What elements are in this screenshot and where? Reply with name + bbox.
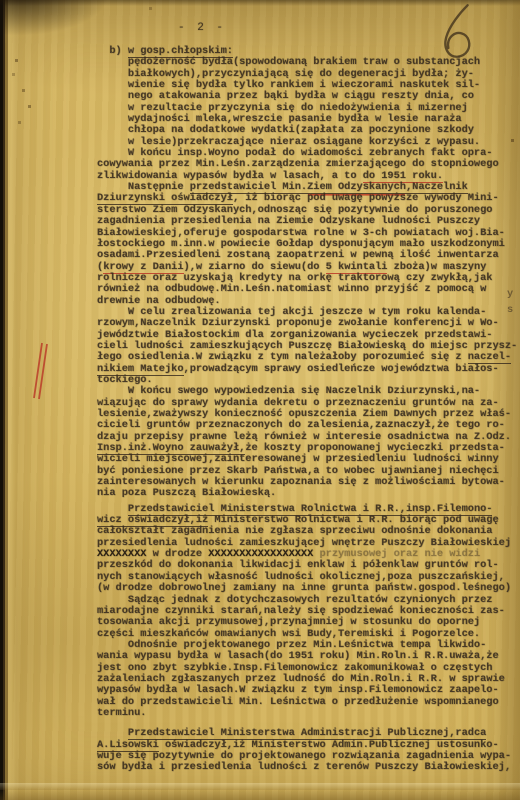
text-segment: zagadnienia przesiedlenia na Ziemie Odzy… (97, 215, 480, 227)
text-segment: nych stanowiących własność ludności okol… (97, 571, 505, 583)
typewritten-text-block: b) w gosp.chłopskim: pędożerność bydła(s… (97, 46, 520, 774)
text-segment: wiązując do sprawy wydania dekretu o prz… (97, 397, 499, 409)
text-segment: łego osiedlenia.W związku z tym należało… (97, 351, 468, 363)
text-segment (97, 727, 128, 739)
text-segment: cicieli gruntów przeznaczonych do zalesi… (97, 419, 505, 431)
text-segment (97, 503, 128, 515)
text-segment: wał do przedstawicieli Min. Leśnictwa o … (97, 696, 499, 708)
text-segment: również na odbudowę.Min.Leśn.natomiast w… (97, 283, 486, 295)
text-segment: sterstwo Ziem Odzyskanych,odnosząc się p… (97, 204, 492, 216)
red-margin-mark (28, 340, 50, 407)
text-segment: wypasów bydła w lasach.W związku z tym i… (97, 684, 499, 696)
text-segment: ,prowadzącym sprawy osiedleńcze wojewódz… (184, 363, 499, 375)
stray-mark: s (507, 302, 520, 318)
paper-crease (0, 783, 520, 790)
text-segment: jewództwie Białostockim dla zorganizowan… (97, 329, 492, 341)
text-segment: w rezultacie przyczynia się do niedożywi… (97, 102, 468, 114)
text-line: wał do przedstawicieli Min. Leśnictwa o … (97, 697, 520, 708)
text-line: nia poza Puszczą Białowieską. (97, 488, 520, 499)
text-segment: nia poza Puszczą Białowieską. (97, 487, 276, 499)
text-segment: cowywania przez Min.Leśn.zarządzenia zmi… (97, 158, 499, 170)
text-segment: przesiedlenia ludności zamieszkującej wn… (97, 537, 511, 549)
text-line: nikiem Matejko,prowadzącym sprawy osiedl… (97, 364, 520, 375)
text-segment: Białowieskiej,oferuje gospodarstwa rolne… (97, 227, 505, 239)
text-segment: osadami.Przesiedleni zostaną zaopatrzeni… (97, 249, 499, 261)
right-edge-stray-marks: y s (507, 286, 520, 318)
text-segment: Sądząc jednak z dotychczasowych rezultat… (97, 594, 492, 606)
text-segment: przymusowej oraz nie widzi (313, 548, 480, 560)
text-segment: dzaju przepisy prawne leżą również w int… (97, 431, 511, 443)
text-segment: terminu. (97, 707, 146, 719)
text-segment: W końcu swego wypowiedzenia się Naczelni… (97, 385, 480, 397)
text-segment: drewnie na odbudowę. (97, 295, 221, 307)
text-segment: w lesie)przekraczające nieraz osiągane k… (97, 136, 480, 148)
text-segment: jest ono zbyt szybkie.Insp.Filemonowicz … (97, 662, 492, 674)
text-segment: części mieszkańców omawianych wsi Budy,T… (97, 628, 480, 640)
text-segment: ),w ziarno do siewu(do (184, 261, 326, 273)
stray-mark: y (507, 286, 520, 302)
text-segment: rzowym,Naczelnik Dziurzynski proponuje z… (97, 317, 499, 329)
text-segment: tosowania akcji przymusowej,przynajmniej… (97, 616, 480, 628)
text-segment: , iż biorąc pod uwagę powyższe wywody Mi… (233, 192, 499, 204)
text-segment: wicieli miejscowej,zainteresowanej w prz… (97, 453, 499, 465)
scanned-document-page: - 2 - 6 b) w gosp.chłopskim: pędożerność… (0, 0, 520, 800)
text-segment: przeszkód do dokonania likwidacji enklaw… (97, 559, 499, 571)
scan-left-border (0, 0, 16, 800)
paper-speckles (0, 0, 1, 1)
text-segment: być poniesione przez Skarb Państwa,a to … (97, 465, 499, 477)
text-segment: zlikwidowania wypasów bydła w lasach, a … (97, 170, 363, 182)
text-segment: nego atakowania przez bąki bydła w ciągu… (97, 90, 474, 102)
text-segment: białkowych),przyczyniającą się do degene… (97, 68, 474, 80)
text-segment: zboża)w maszyny (387, 261, 486, 273)
text-segment: wania wypasu bydła w lasach(do 1951 roku… (97, 650, 499, 662)
text-segment: chłopa na dodatkowe wydatki(zapłata za p… (97, 124, 474, 136)
text-line: sów bydła i przesiedlenia ludności z ter… (97, 762, 520, 773)
text-segment: pędożerność bydła(spowodowaną brakiem tr… (97, 56, 480, 68)
scan-bottom-shade (0, 790, 520, 800)
text-segment: oświadczył,iż Ministerstwo Admin.Publicz… (159, 739, 499, 751)
text-segment: (w drodze dobrowolnej zamiany na inne gr… (97, 582, 511, 594)
text-line: terminu. (97, 708, 520, 719)
text-segment: całokształt zagadnienia nie zgłasza sprz… (97, 525, 492, 537)
text-segment: sów bydła i przesiedlenia ludności z ter… (97, 761, 511, 773)
page-number: - 2 - (178, 22, 226, 34)
